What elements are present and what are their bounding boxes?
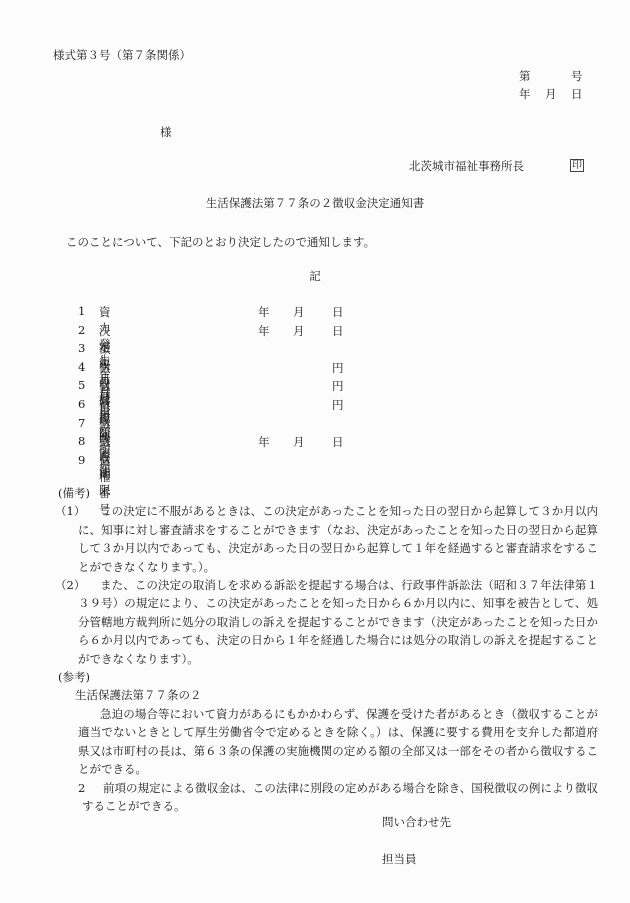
note-text: この決定に不服があるときは、この決定があったことを知った日の翌日から起算して３か… <box>78 504 598 573</box>
item-number: 5 <box>78 378 85 392</box>
item-number: 8 <box>78 434 85 448</box>
item-month: 月 <box>293 323 305 339</box>
item-year: 年 <box>258 304 270 320</box>
document-date: 年月日 <box>519 86 583 102</box>
note-text: また、この決定の取消しを求める訴訟を提起する場合は、行政事件訴訟法（昭和３７年法… <box>78 578 598 666</box>
item-month: 月 <box>293 304 305 320</box>
recipient-honorific: 様 <box>160 124 172 140</box>
doc-number-prefix: 第 <box>519 68 531 84</box>
item-year: 年 <box>258 323 270 339</box>
item-year: 年 <box>258 434 270 450</box>
item-yen: 円 <box>332 360 344 376</box>
reference-paragraph-1: 急迫の場合等において資力があるにもかかわらず、保護を受けた者があるとき（徴収する… <box>58 705 598 779</box>
date-day: 日 <box>571 86 583 102</box>
issuer-name: 北茨城市福祉事務所長 <box>409 158 524 174</box>
date-year: 年 <box>519 86 545 102</box>
note-mark: （1） <box>55 502 85 520</box>
note-mark: （2） <box>55 576 85 594</box>
staff-label: 担当員 <box>382 851 417 867</box>
item-day: 日 <box>332 434 344 450</box>
item-number: 9 <box>78 453 85 467</box>
reference-law-title: 生活保護法第７７条の２ <box>58 686 598 704</box>
form-number: 様式第３号（第７条関係） <box>53 47 191 63</box>
item-yen: 円 <box>332 397 344 413</box>
item-number: 6 <box>78 397 85 411</box>
reference-heading: (参考) <box>58 668 598 686</box>
item-number: 2 <box>78 323 85 337</box>
item-day: 日 <box>332 304 344 320</box>
intro-text: このことについて、下記のとおり決定したので通知します。 <box>66 234 375 250</box>
reference-text: 前項の規定による徴収金は、この法律に別段の定めがある場合を除き、国税徴収の例によ… <box>80 779 598 816</box>
item-number: 1 <box>78 304 85 318</box>
item-number: 3 <box>78 341 85 355</box>
contact-label: 問い合わせ先 <box>382 814 451 830</box>
seal-mark: 印 <box>570 159 584 172</box>
item-day: 日 <box>332 323 344 339</box>
item-yen: 円 <box>332 378 344 394</box>
ki-heading: 記 <box>0 268 630 284</box>
date-month: 月 <box>545 86 571 102</box>
notes-section: (備考) （1） この決定に不服があるときは、この決定があったことを知った日の翌… <box>58 484 598 815</box>
note-paragraph-2: （2） また、この決定の取消しを求める訴訟を提起する場合は、行政事件訴訟法（昭和… <box>58 576 598 668</box>
notes-heading: (備考) <box>58 484 598 502</box>
doc-number-suffix: 号 <box>571 68 583 84</box>
item-number: 7 <box>78 416 85 430</box>
item-month: 月 <box>293 434 305 450</box>
note-paragraph-1: （1） この決定に不服があるときは、この決定があったことを知った日の翌日から起算… <box>58 502 598 576</box>
reference-mark: 2 <box>78 779 85 797</box>
document-title: 生活保護法第７７条の２徴収金決定通知書 <box>0 195 630 211</box>
item-number: 4 <box>78 360 85 374</box>
reference-paragraph-2: 2 前項の規定による徴収金は、この法律に別段の定めがある場合を除き、国税徴収の例… <box>58 779 598 816</box>
